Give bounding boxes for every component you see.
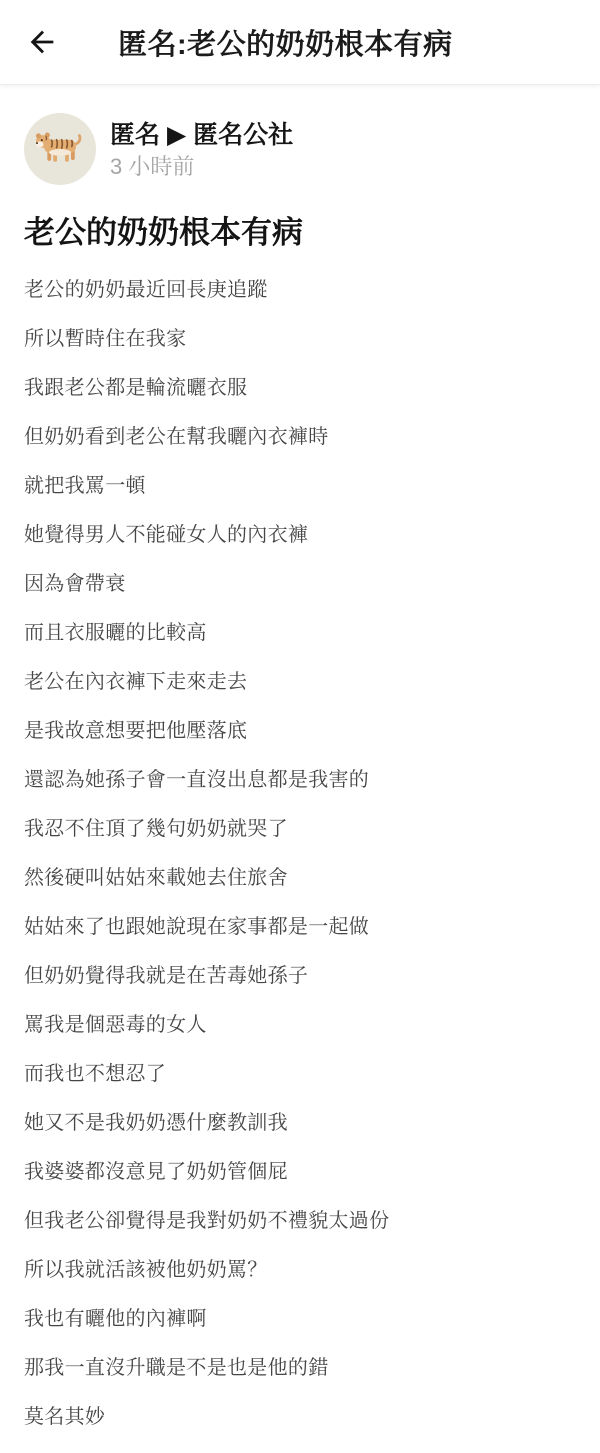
page-title: 匿名:老公的奶奶根本有病 bbox=[118, 22, 453, 63]
post-body-line: 然後硬叫姑姑來載她去住旅舍 bbox=[24, 865, 576, 891]
post-header: 匿名 ▶ 匿名公社 3 小時前 bbox=[24, 113, 576, 185]
post-body-line: 所以我就活該被他奶奶罵？ bbox=[24, 1257, 576, 1283]
post-body-line: 老公的奶奶最近回長庚追蹤 bbox=[24, 277, 576, 303]
post-title: 老公的奶奶根本有病 bbox=[24, 215, 576, 251]
post-body-line: 因為會帶衰 bbox=[24, 571, 576, 597]
post-body-line: 她又不是我奶奶憑什麼教訓我 bbox=[24, 1110, 576, 1136]
post-body-line: 那我一直沒升職是不是也是他的錯 bbox=[24, 1355, 576, 1381]
post-body-line: 罵我是個惡毒的女人 bbox=[24, 1012, 576, 1038]
post-body-line: 莫名其妙 bbox=[24, 1404, 576, 1430]
post-body-line: 而且衣服曬的比較高 bbox=[24, 620, 576, 646]
post-body: 老公的奶奶最近回長庚追蹤所以暫時住在我家我跟老公都是輪流曬衣服但奶奶看到老公在幫… bbox=[24, 277, 576, 1430]
arrow-left-icon bbox=[25, 25, 59, 59]
tiger-avatar-icon bbox=[33, 122, 87, 176]
avatar[interactable] bbox=[24, 113, 96, 185]
app-screen: 匿名:老公的奶奶根本有病 bbox=[0, 0, 600, 1453]
post-body-line: 她覺得男人不能碰女人的內衣褲 bbox=[24, 522, 576, 548]
author-block: 匿名 ▶ 匿名公社 3 小時前 bbox=[110, 113, 293, 180]
post-body-line: 姑姑來了也跟她說現在家事都是一起做 bbox=[24, 914, 576, 940]
post-body-line: 我婆婆都沒意見了奶奶管個屁 bbox=[24, 1159, 576, 1185]
post-container: 匿名 ▶ 匿名公社 3 小時前 老公的奶奶根本有病 老公的奶奶最近回長庚追蹤所以… bbox=[0, 113, 600, 1430]
post-body-line: 但奶奶看到老公在幫我曬內衣褲時 bbox=[24, 424, 576, 450]
post-body-line: 但奶奶覺得我就是在苦毒她孫子 bbox=[24, 963, 576, 989]
post-body-line: 老公在內衣褲下走來走去 bbox=[24, 669, 576, 695]
post-body-line: 所以暫時住在我家 bbox=[24, 326, 576, 352]
post-body-line: 而我也不想忍了 bbox=[24, 1061, 576, 1087]
post-body-line: 我忍不住頂了幾句奶奶就哭了 bbox=[24, 816, 576, 842]
post-body-line: 我也有曬他的內褲啊 bbox=[24, 1306, 576, 1332]
post-timestamp: 3 小時前 bbox=[110, 154, 293, 180]
post-body-line: 是我故意想要把他壓落底 bbox=[24, 718, 576, 744]
post-body-line: 但我老公卻覺得是我對奶奶不禮貌太過份 bbox=[24, 1208, 576, 1234]
back-button[interactable] bbox=[25, 25, 59, 59]
app-bar: 匿名:老公的奶奶根本有病 bbox=[0, 0, 600, 85]
post-body-line: 就把我罵一頓 bbox=[24, 473, 576, 499]
post-body-line: 還認為她孫子會一直沒出息都是我害的 bbox=[24, 767, 576, 793]
author-name[interactable]: 匿名 ▶ 匿名公社 bbox=[110, 120, 293, 150]
post-body-line: 我跟老公都是輪流曬衣服 bbox=[24, 375, 576, 401]
